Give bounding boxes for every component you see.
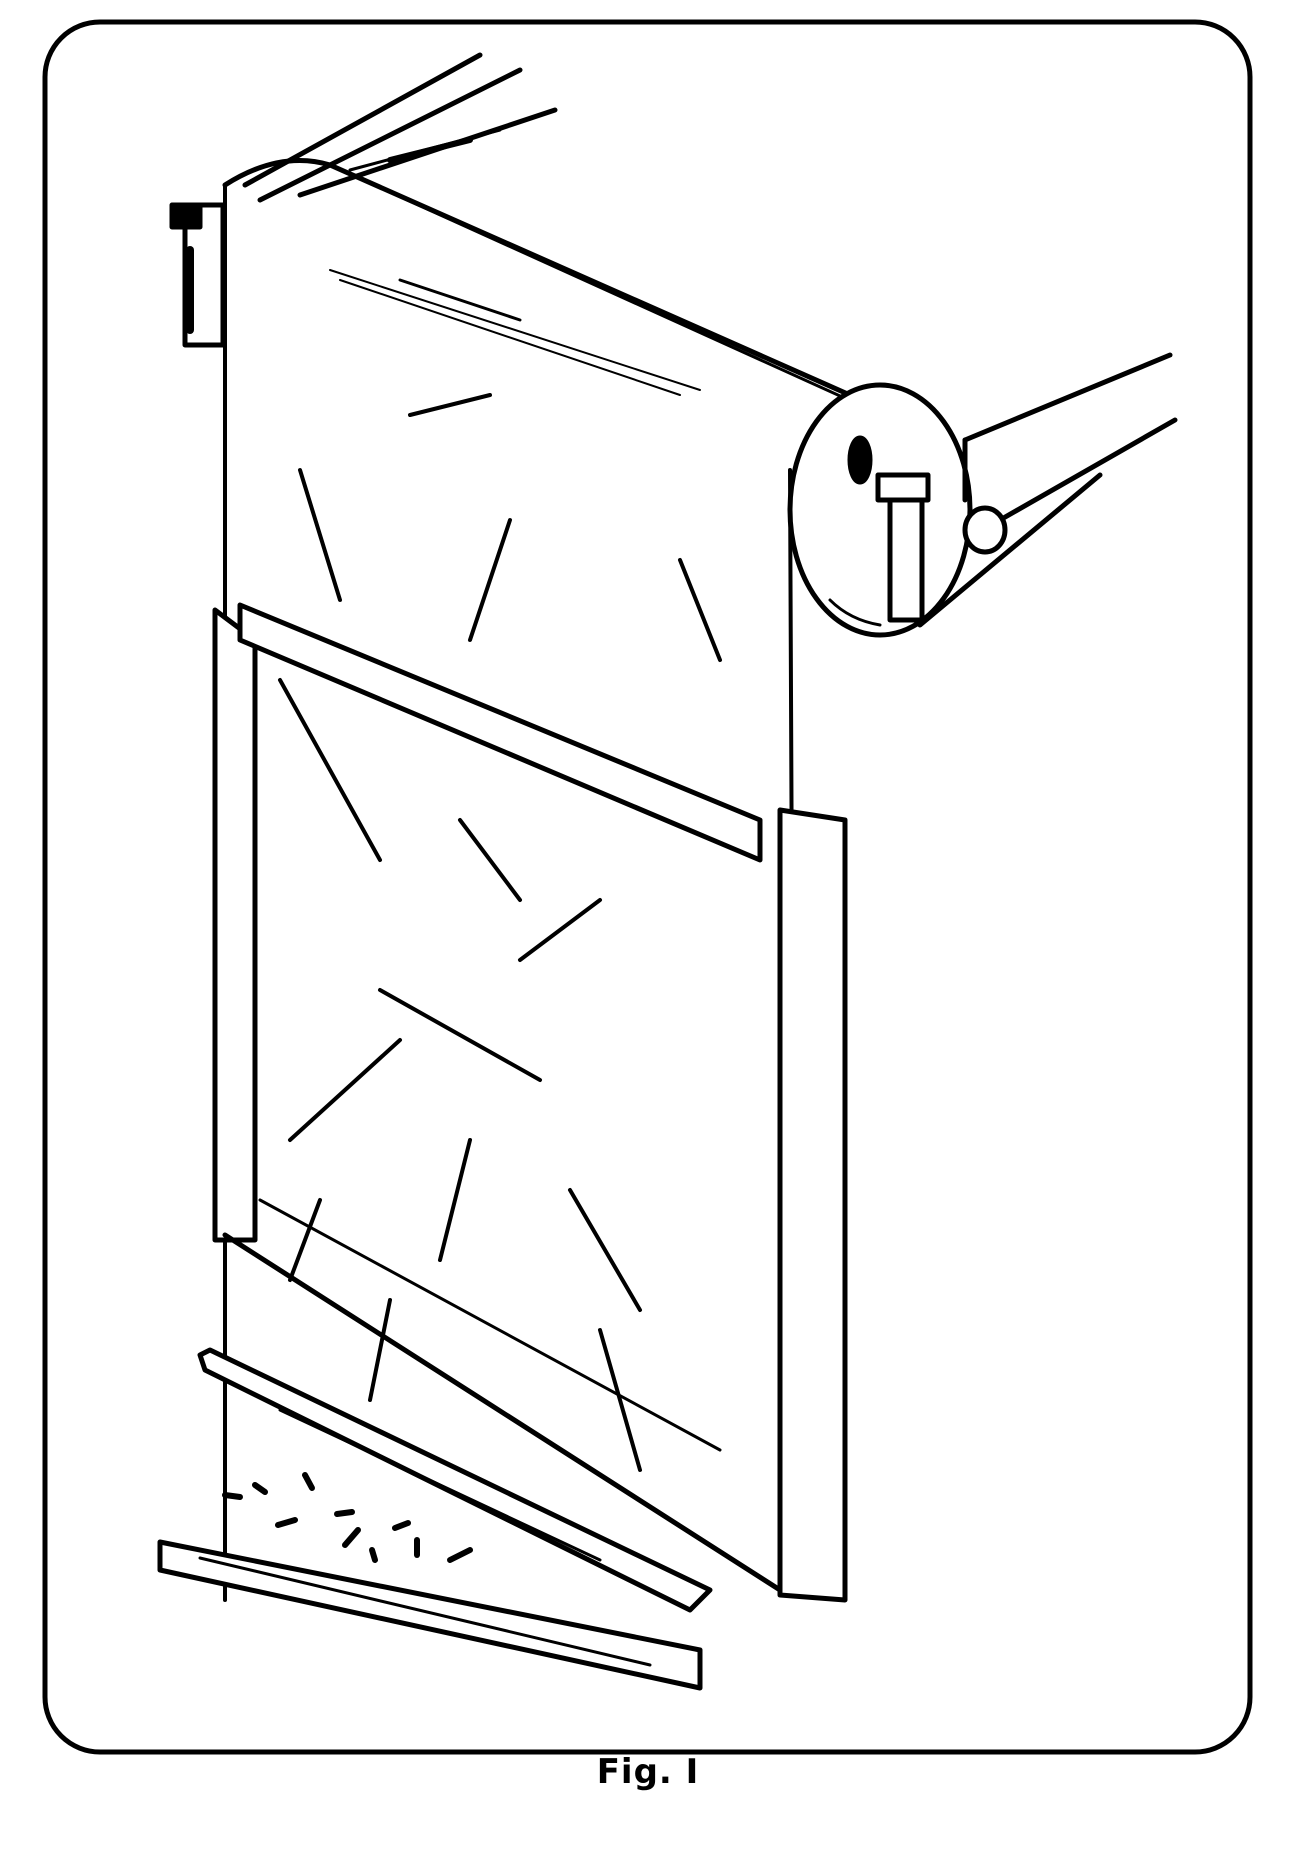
left-bracket xyxy=(172,205,223,345)
tacks xyxy=(225,1475,470,1560)
right-bracket xyxy=(878,355,1175,625)
sheen-strokes xyxy=(280,395,720,1470)
window-frame xyxy=(215,605,845,1600)
figure-caption: Fig. I xyxy=(0,1752,1296,1792)
wall-board-top xyxy=(245,55,555,200)
plastic-sheet xyxy=(225,185,795,1600)
figure-illustration xyxy=(0,0,1296,1867)
plastic-roll xyxy=(225,161,970,636)
